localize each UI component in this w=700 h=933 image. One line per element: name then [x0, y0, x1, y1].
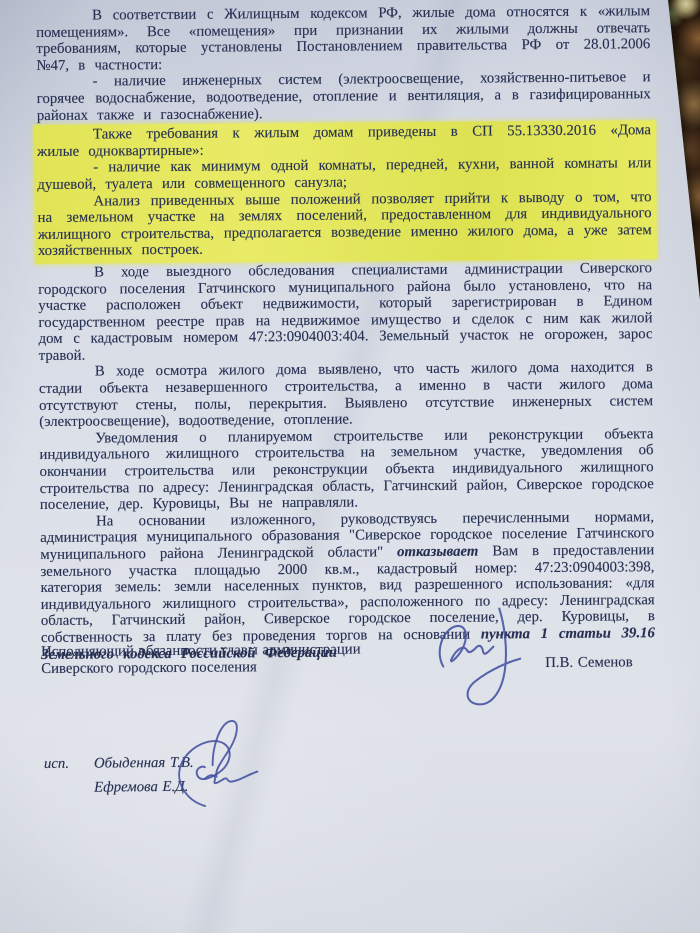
- paragraph-analysis-conclusion: Анализ приведенных выше положений позвол…: [37, 189, 652, 260]
- official-signature-ink: [427, 600, 532, 719]
- official-name: П.В. Семенов: [545, 654, 633, 671]
- paragraph-engineering-systems: - наличие инженерных систем (электроосве…: [37, 70, 651, 125]
- signoff-block: Исполняющий обязанности главы администра…: [41, 641, 441, 677]
- paragraph-housing-code: В соответствии с Жилищным кодексом РФ, ж…: [36, 3, 651, 74]
- executor-label: исп.: [44, 756, 78, 773]
- document-text: В соответствии с Жилищным кодексом РФ, ж…: [36, 3, 657, 926]
- paragraph-house-condition: В ходе осмотра жилого дома выявлено, что…: [39, 360, 654, 431]
- highlighted-section: Также требования к жилым домам приведены…: [34, 120, 657, 264]
- paragraph-minimum-rooms: - наличие как минимум одной комнаты, пер…: [37, 156, 651, 194]
- official-position-line2: Сиверского городского поселения: [41, 657, 441, 677]
- paragraph-sp-requirements: Также требования к жилым домам приведены…: [37, 122, 651, 160]
- paragraph-site-inspection: В ходе выездного обследования специалист…: [38, 260, 653, 364]
- paragraph-decision: На основании изложенного, руководствуясь…: [40, 509, 655, 663]
- executor-signature-ink: [162, 714, 275, 817]
- refusal-word: отказывает: [397, 544, 478, 561]
- paragraph-notifications: Уведомления о планируемом строительстве …: [39, 426, 654, 514]
- photo-background: В соответствии с Жилищным кодексом РФ, ж…: [0, 0, 700, 933]
